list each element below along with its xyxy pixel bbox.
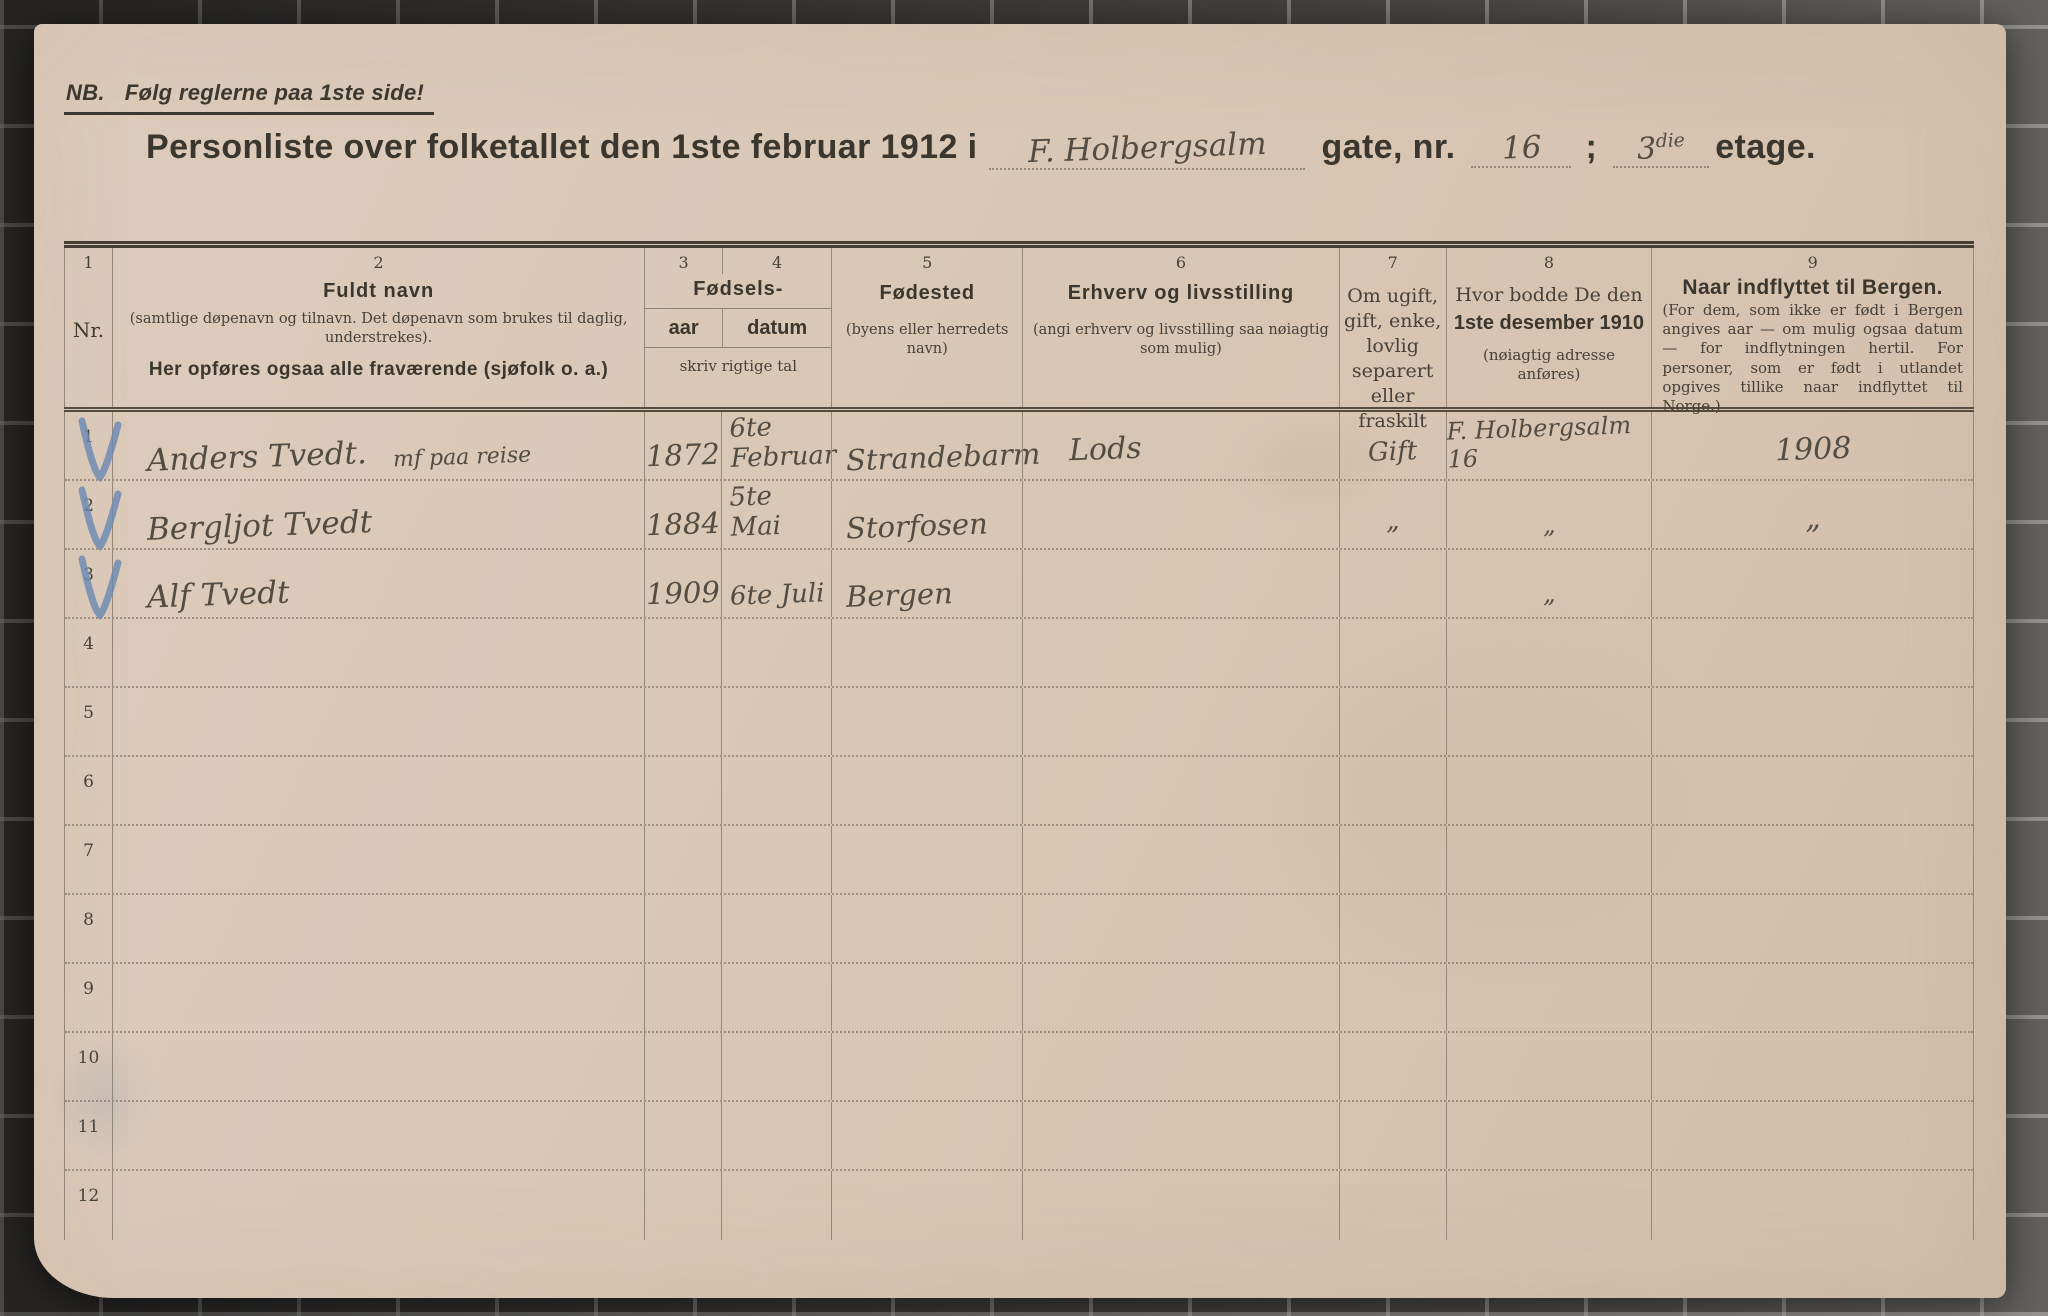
archive-photo-background: { "page": { "nb_label": "NB.", "nb_text"… bbox=[0, 0, 2048, 1316]
form-title: Personliste over folketallet den 1ste fe… bbox=[146, 128, 1816, 170]
occupation-cell bbox=[1022, 550, 1339, 617]
birth-year-cell bbox=[644, 688, 721, 755]
occupation-cell bbox=[1022, 1171, 1339, 1240]
table-row: 8 bbox=[65, 895, 1973, 964]
residence-1910-cell bbox=[1446, 964, 1652, 1031]
moved-to-bergen-cell bbox=[1651, 895, 1973, 962]
floor-handwritten: 3die bbox=[1613, 131, 1709, 168]
residence-1910-cell bbox=[1446, 619, 1652, 686]
table-rows: 1Anders Tvedt.mf paa reise18726te Februa… bbox=[64, 412, 1974, 1240]
header-col-moved-to-bergen: 9 Naar indflyttet til Bergen. (For dem, … bbox=[1651, 248, 1973, 407]
birth-date-cell bbox=[721, 1102, 831, 1169]
birth-date-cell bbox=[721, 1033, 831, 1100]
occupation-cell bbox=[1022, 895, 1339, 962]
birth-year-cell: 1884 bbox=[644, 481, 721, 548]
occupation-cell bbox=[1022, 826, 1339, 893]
name-cell: Anders Tvedt.mf paa reise bbox=[112, 412, 644, 479]
table-row: 12 bbox=[65, 1171, 1973, 1240]
row-number-cell: 9 bbox=[65, 964, 112, 1031]
birth-year-cell bbox=[644, 1033, 721, 1100]
name-cell: Bergljot Tvedt bbox=[112, 481, 644, 548]
birth-year-cell bbox=[644, 895, 721, 962]
moved-to-bergen-cell bbox=[1651, 826, 1973, 893]
occupation-cell bbox=[1022, 688, 1339, 755]
occupation-cell bbox=[1022, 619, 1339, 686]
birthplace-cell bbox=[831, 1102, 1022, 1169]
name-cell bbox=[112, 688, 644, 755]
nb-label: NB. bbox=[66, 80, 105, 105]
marital-status-cell bbox=[1339, 1102, 1446, 1169]
residence-1910-cell bbox=[1446, 757, 1652, 824]
name-cell bbox=[112, 1171, 644, 1240]
birth-year-cell bbox=[644, 1102, 721, 1169]
moved-to-bergen-cell bbox=[1651, 1033, 1973, 1100]
birthplace-cell bbox=[831, 826, 1022, 893]
row-number-cell: 8 bbox=[65, 895, 112, 962]
occupation-cell bbox=[1022, 481, 1339, 548]
table-top-rule bbox=[64, 241, 1974, 248]
street-name-handwritten: F. Holbergsalm bbox=[989, 130, 1305, 170]
title-semicolon: ; bbox=[1585, 128, 1597, 167]
residence-1910-cell: „ bbox=[1446, 550, 1652, 617]
residence-1910-cell bbox=[1446, 1033, 1652, 1100]
marital-status-cell bbox=[1339, 1171, 1446, 1240]
residence-1910-cell: F. Holbergsalm 16 bbox=[1446, 412, 1652, 479]
birthplace-cell bbox=[831, 688, 1022, 755]
birth-date-cell bbox=[721, 688, 831, 755]
row-number-cell: 1 bbox=[65, 412, 112, 479]
row-number-cell: 2 bbox=[65, 481, 112, 548]
marital-status-cell bbox=[1339, 826, 1446, 893]
birthplace-cell bbox=[831, 619, 1022, 686]
moved-to-bergen-cell: „ bbox=[1651, 481, 1973, 548]
occupation-cell bbox=[1022, 964, 1339, 1031]
birth-date-cell: 6te Juli bbox=[721, 550, 831, 617]
marital-status-cell bbox=[1339, 757, 1446, 824]
title-printed-etage: etage. bbox=[1715, 128, 1816, 167]
header-col-nr: 1 Nr. bbox=[65, 248, 112, 407]
table-row: 7 bbox=[65, 826, 1973, 895]
name-cell bbox=[112, 1102, 644, 1169]
birth-year-cell: 1872 bbox=[644, 412, 721, 479]
residence-1910-cell bbox=[1446, 688, 1652, 755]
table-row: 6 bbox=[65, 757, 1973, 826]
birth-year-cell: 1909 bbox=[644, 550, 721, 617]
birth-date-cell bbox=[721, 757, 831, 824]
table-row: 11 bbox=[65, 1102, 1973, 1171]
birth-year-cell bbox=[644, 1171, 721, 1240]
moved-to-bergen-cell bbox=[1651, 1102, 1973, 1169]
birth-date-cell bbox=[721, 895, 831, 962]
title-printed-part1: Personliste over folketallet den 1ste fe… bbox=[146, 128, 977, 167]
birth-year-cell bbox=[644, 964, 721, 1031]
birthplace-cell: Bergen bbox=[831, 550, 1022, 617]
marital-status-cell bbox=[1339, 619, 1446, 686]
birth-date-cell bbox=[721, 964, 831, 1031]
birthplace-cell bbox=[831, 1171, 1022, 1240]
census-table: 1 Nr. 2 Fuldt navn (samtlige døpenavn og… bbox=[64, 241, 1974, 1240]
marital-status-cell: „ bbox=[1339, 481, 1446, 548]
header-col-residence-1910: 8 Hvor bodde De den 1ste desember 1910 (… bbox=[1446, 248, 1652, 407]
moved-to-bergen-cell bbox=[1651, 757, 1973, 824]
marital-status-cell: Gift bbox=[1339, 412, 1446, 479]
occupation-cell: Lods bbox=[1022, 412, 1339, 479]
table-row: 1Anders Tvedt.mf paa reise18726te Februa… bbox=[65, 412, 1973, 481]
row-number-cell: 3 bbox=[65, 550, 112, 617]
row-number-cell: 7 bbox=[65, 826, 112, 893]
birth-date-cell: 6te Februar bbox=[721, 412, 831, 479]
birth-year-cell bbox=[644, 757, 721, 824]
marital-status-cell bbox=[1339, 688, 1446, 755]
title-printed-gate-nr: gate, nr. bbox=[1321, 128, 1455, 167]
moved-to-bergen-cell bbox=[1651, 619, 1973, 686]
name-cell bbox=[112, 895, 644, 962]
row-number-cell: 4 bbox=[65, 619, 112, 686]
header-col-marital: 7 Om ugift, gift, enke, lovlig separert … bbox=[1339, 248, 1446, 407]
birthplace-cell bbox=[831, 757, 1022, 824]
row-number-cell: 12 bbox=[65, 1171, 112, 1240]
table-row: 4 bbox=[65, 619, 1973, 688]
table-header: 1 Nr. 2 Fuldt navn (samtlige døpenavn og… bbox=[64, 248, 1974, 407]
moved-to-bergen-cell: 1908 bbox=[1651, 412, 1973, 479]
name-cell bbox=[112, 757, 644, 824]
birthplace-cell: Strandebarm bbox=[831, 412, 1022, 479]
blue-smudge bbox=[50, 1034, 160, 1164]
occupation-cell bbox=[1022, 1102, 1339, 1169]
residence-1910-cell bbox=[1446, 1171, 1652, 1240]
birthplace-cell bbox=[831, 895, 1022, 962]
table-row: 5 bbox=[65, 688, 1973, 757]
residence-1910-cell bbox=[1446, 826, 1652, 893]
occupation-cell bbox=[1022, 1033, 1339, 1100]
header-col-birth: 3 4 Fødsels- aar datum skriv rigtige tal bbox=[644, 248, 831, 407]
birthplace-cell bbox=[831, 1033, 1022, 1100]
marital-status-cell bbox=[1339, 1033, 1446, 1100]
birthplace-cell bbox=[831, 964, 1022, 1031]
row-number-cell: 5 bbox=[65, 688, 112, 755]
name-cell bbox=[112, 619, 644, 686]
row-number-cell: 6 bbox=[65, 757, 112, 824]
occupation-cell bbox=[1022, 757, 1339, 824]
table-row: 3Alf Tvedt19096te JuliBergen„ bbox=[65, 550, 1973, 619]
birth-year-cell bbox=[644, 619, 721, 686]
moved-to-bergen-cell bbox=[1651, 688, 1973, 755]
census-form-paper: NB.Følg reglerne paa 1ste side! Personli… bbox=[34, 24, 2006, 1298]
name-cell bbox=[112, 826, 644, 893]
name-cell bbox=[112, 1033, 644, 1100]
table-row: 10 bbox=[65, 1033, 1973, 1102]
header-col-occupation: 6 Erhverv og livsstilling (angi erhverv … bbox=[1022, 248, 1339, 407]
name-cell bbox=[112, 964, 644, 1031]
house-number-handwritten: 16 bbox=[1471, 130, 1571, 168]
table-row: 2Bergljot Tvedt18845te MaiStorfosen„„„ bbox=[65, 481, 1973, 550]
birth-year-cell bbox=[644, 826, 721, 893]
nb-note: NB.Følg reglerne paa 1ste side! bbox=[64, 80, 434, 115]
moved-to-bergen-cell bbox=[1651, 550, 1973, 617]
moved-to-bergen-cell bbox=[1651, 1171, 1973, 1240]
residence-1910-cell bbox=[1446, 895, 1652, 962]
marital-status-cell bbox=[1339, 895, 1446, 962]
residence-1910-cell: „ bbox=[1446, 481, 1652, 548]
birth-date-cell bbox=[721, 826, 831, 893]
residence-1910-cell bbox=[1446, 1102, 1652, 1169]
header-col-name: 2 Fuldt navn (samtlige døpenavn og tilna… bbox=[112, 248, 644, 407]
birth-date-cell bbox=[721, 1171, 831, 1240]
birth-date-cell: 5te Mai bbox=[721, 481, 831, 548]
header-col-birthplace: 5 Fødested (byens eller herredets navn) bbox=[831, 248, 1022, 407]
birth-date-cell bbox=[721, 619, 831, 686]
marital-status-cell bbox=[1339, 964, 1446, 1031]
table-row: 9 bbox=[65, 964, 1973, 1033]
birthplace-cell: Storfosen bbox=[831, 481, 1022, 548]
marital-status-cell bbox=[1339, 550, 1446, 617]
name-cell: Alf Tvedt bbox=[112, 550, 644, 617]
moved-to-bergen-cell bbox=[1651, 964, 1973, 1031]
nb-text: Følg reglerne paa 1ste side! bbox=[125, 80, 424, 105]
